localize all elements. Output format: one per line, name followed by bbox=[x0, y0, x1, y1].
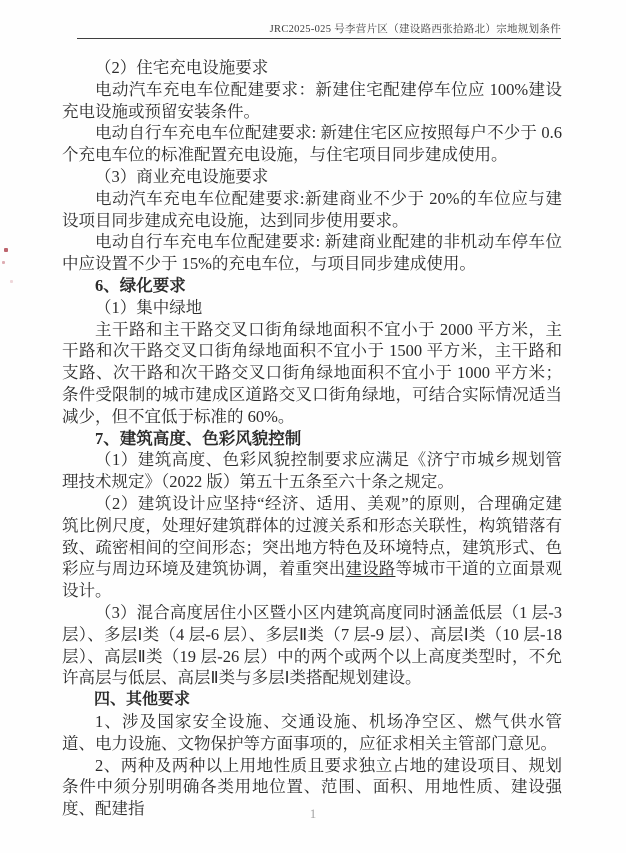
document-page: JRC2025-025 号李营片区（建设路西张拾路北）宗地规划条件 （2）住宅充… bbox=[0, 0, 626, 853]
paragraph-ev-residential: 电动汽车充电车位配建要求：新建住宅配建停车位应 100%建设充电设施或预留安装条… bbox=[62, 79, 562, 123]
subheading-central-green: （1）集中绿地 bbox=[62, 297, 562, 319]
section-heading-greening: 6、绿化要求 bbox=[62, 275, 562, 297]
chapter-heading-other-requirements: 四、其他要求 bbox=[62, 689, 562, 711]
paragraph-height-color-regulation: （1）建筑高度、色彩风貌控制要求应满足《济宁市城乡规划管理技术规定》（2022 … bbox=[62, 449, 562, 493]
subheading-residential-charging: （2）住宅充电设施要求 bbox=[62, 57, 562, 79]
underlined-road-name: 建设路 bbox=[345, 559, 395, 578]
scan-speck bbox=[2, 261, 5, 264]
page-number: 1 bbox=[0, 806, 626, 822]
scan-speck bbox=[4, 248, 8, 252]
section-heading-height-color: 7、建筑高度、色彩风貌控制 bbox=[62, 428, 562, 450]
document-body: （2）住宅充电设施要求 电动汽车充电车位配建要求：新建住宅配建停车位应 100%… bbox=[62, 57, 562, 820]
subheading-commercial-charging: （3）商业充电设施要求 bbox=[62, 166, 562, 188]
paragraph-building-design: （2）建筑设计应坚持“经济、适用、美观”的原则，合理确定建筑比例尺度，处理好建筑… bbox=[62, 493, 562, 602]
paragraph-mixed-height: （3）混合高度居住小区暨小区内建筑高度同时涵盖低层（1 层-3 层）、多层Ⅰ类（… bbox=[62, 602, 562, 689]
paragraph-other-req-1: 1、涉及国家安全设施、交通设施、机场净空区、燃气供水管道、电力设施、文物保护等方… bbox=[62, 711, 562, 755]
paragraph-ebike-commercial: 电动自行车充电车位配建要求: 新建商业配建的非机动车停车位中应设置不少于 15%… bbox=[62, 231, 562, 275]
paragraph-ebike-residential: 电动自行车充电车位配建要求: 新建住宅区应按照每户不少于 0.6 个充电车位的标… bbox=[62, 122, 562, 166]
paragraph-green-corner-areas: 主干路和主干路交叉口街角绿地面积不宜小于 2000 平方米，主干路和次干路交叉口… bbox=[62, 319, 562, 428]
running-header: JRC2025-025 号李营片区（建设路西张拾路北）宗地规划条件 bbox=[77, 23, 561, 39]
paragraph-ev-commercial: 电动汽车充电车位配建要求:新建商业不少于 20%的车位应与建设项目同步建成充电设… bbox=[62, 188, 562, 232]
scan-speck bbox=[10, 280, 13, 283]
